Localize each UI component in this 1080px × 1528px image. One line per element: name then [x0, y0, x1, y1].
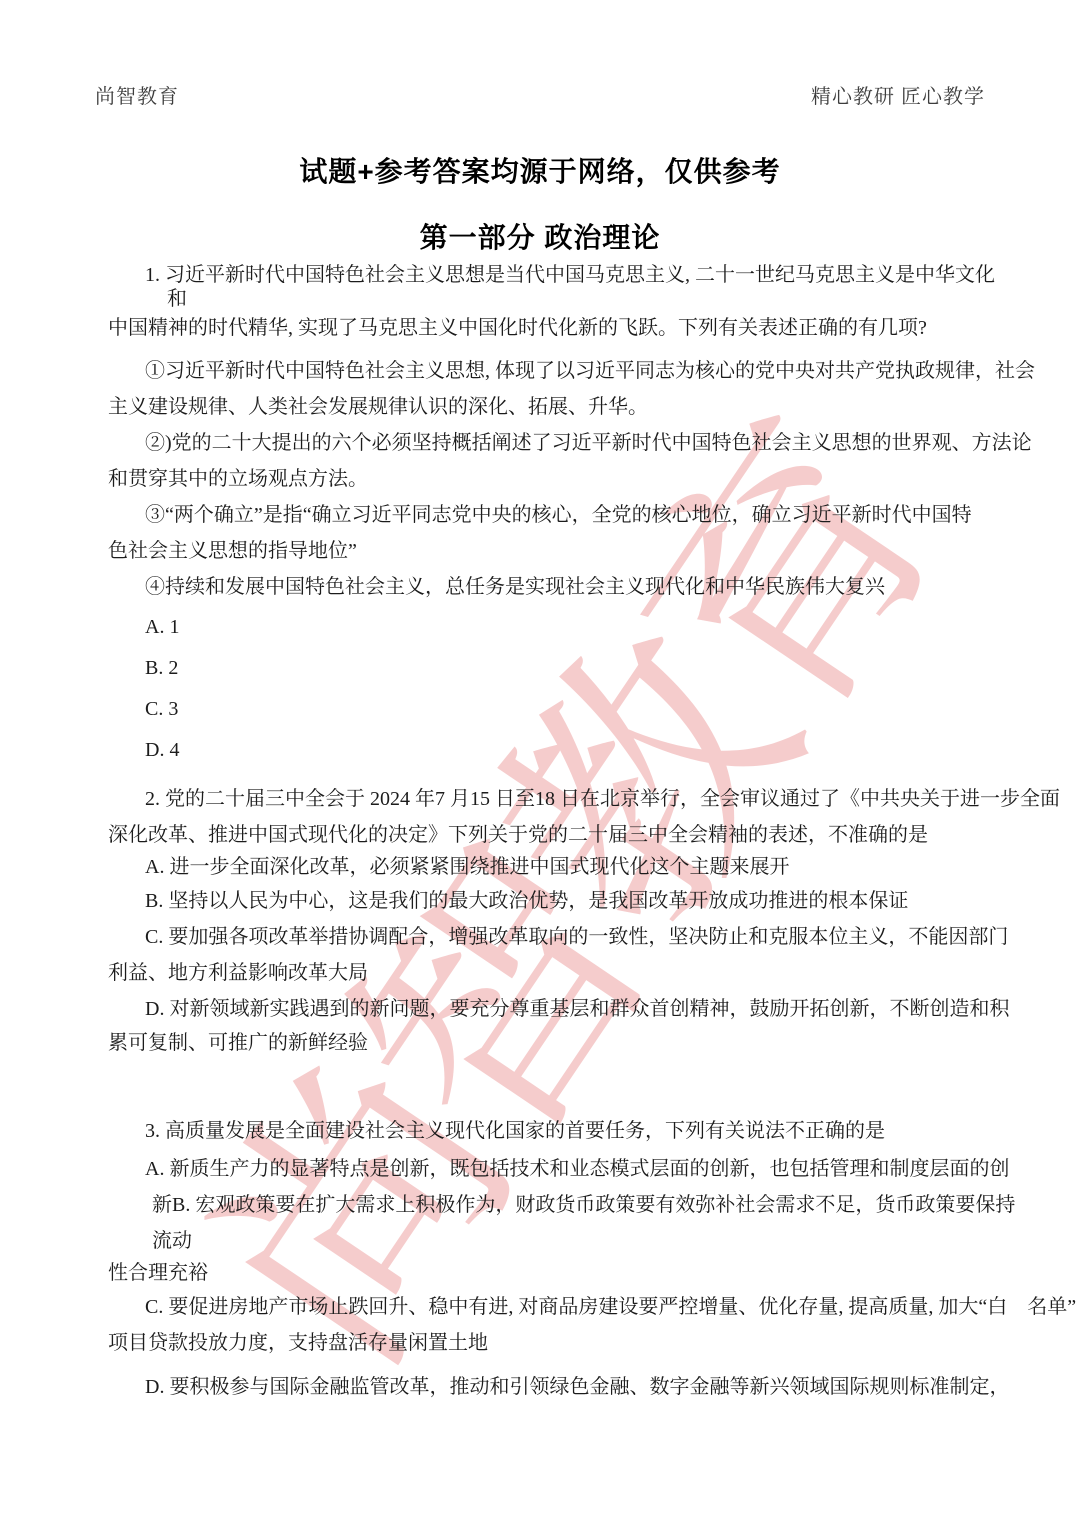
- text-line: 中国精神的时代精华, 实现了马克思主义中国化时代化新的飞跃。下列有关表述正确的有…: [108, 315, 927, 341]
- text-line: 和贯穿其中的立场观点方法。: [108, 466, 368, 492]
- text-line: 主义建设规律、人类社会发展规律认识的深化、拓展、升华。: [108, 394, 648, 420]
- text-line: 和: [167, 286, 187, 312]
- text-line: ④持续和发展中国特色社会主义，总任务是实现社会主义现代化和中华民族伟大复兴: [145, 574, 885, 600]
- text-line: 项目贷款投放力度，支持盘活存量闲置土地: [108, 1330, 488, 1356]
- text-line: B. 坚持以人民为中心，这是我们的最大政治优势，是我国改革开放成功推进的根本保证: [145, 888, 908, 914]
- text-line: D. 对新领域新实践遇到的新问题，要充分尊重基层和群众首创精神，鼓励开拓创新，不…: [145, 996, 1009, 1022]
- text-line: C. 要加强各项改革举措协调配合，增强改革取向的一致性，坚决防止和克服本位主义，…: [145, 924, 1008, 950]
- text-line: B. 2: [145, 655, 178, 681]
- text-line: ①习近平新时代中国特色社会主义思想, 体现了以习近平同志为核心的党中央对共产党执…: [145, 358, 1035, 384]
- text-line: 流动: [152, 1228, 192, 1254]
- text-line: 深化改革、推进中国式现代化的决定》下列关于党的二十届三中全会精袖的表述，不准确的…: [108, 822, 928, 848]
- text-line: C. 3: [145, 696, 178, 722]
- text-line: C. 要促进房地产市场止跌回升、稳中有进, 对商品房建设要严控增量、优化存量, …: [145, 1294, 1076, 1320]
- text-line: ②)党的二十大提出的六个必须坚持概括阐述了习近平新时代中国特色社会主义思想的世界…: [145, 430, 1032, 456]
- text-line: 色社会主义思想的指导地位”: [108, 538, 357, 564]
- text-line: D. 要积极参与国际金融监管改革，推动和引领绿色金融、数字金融等新兴领域国际规则…: [145, 1374, 1009, 1400]
- content-layer: 尚智教育 精心教研 匠心教学 试题+参考答案均源于网络，仅供参考 第一部分 政治…: [0, 0, 1080, 1528]
- text-line: A. 进一步全面深化改革，必须紧紧围绕推进中国式现代化这个主题来展开: [145, 854, 789, 880]
- text-line: A. 新质生产力的显著特点是创新，既包括技术和业态模式层面的创新，也包括管理和制…: [145, 1156, 1009, 1182]
- text-line: A. 1: [145, 614, 179, 640]
- header-slogan: 精心教研 匠心教学: [811, 80, 985, 109]
- text-line: 累可复制、可推广的新鲜经验: [108, 1030, 368, 1056]
- text-line: 2. 党的二十届三中全会于 2024 年7 月15 日至18 日在北京举行，全会…: [145, 786, 1060, 812]
- text-line: D. 4: [145, 737, 179, 763]
- text-line: ③“两个确立”是指“确立习近平同志党中央的核心，全党的核心地位，确立习近平新时代…: [145, 502, 972, 528]
- document-title: 试题+参考答案均源于网络，仅供参考: [0, 150, 1080, 190]
- text-line: 性合理充裕: [108, 1260, 208, 1286]
- text-line: 1. 习近平新时代中国特色社会主义思想是当代中国马克思主义, 二十一世纪马克思主…: [145, 262, 995, 288]
- text-line: 3. 高质量发展是全面建设社会主义现代化国家的首要任务，下列有关说法不正确的是: [145, 1118, 885, 1144]
- text-line: 利益、地方利益影响改革大局: [108, 960, 368, 986]
- text-line: 新B. 宏观政策要在扩大需求上积极作为，财政货币政策要有效弥补社会需求不足，货币…: [152, 1192, 1015, 1218]
- document-page: 尚智教育 尚智教育 精心教研 匠心教学 试题+参考答案均源于网络，仅供参考 第一…: [0, 0, 1080, 1528]
- header-brand: 尚智教育: [95, 80, 179, 109]
- section-title: 第一部分 政治理论: [0, 216, 1080, 256]
